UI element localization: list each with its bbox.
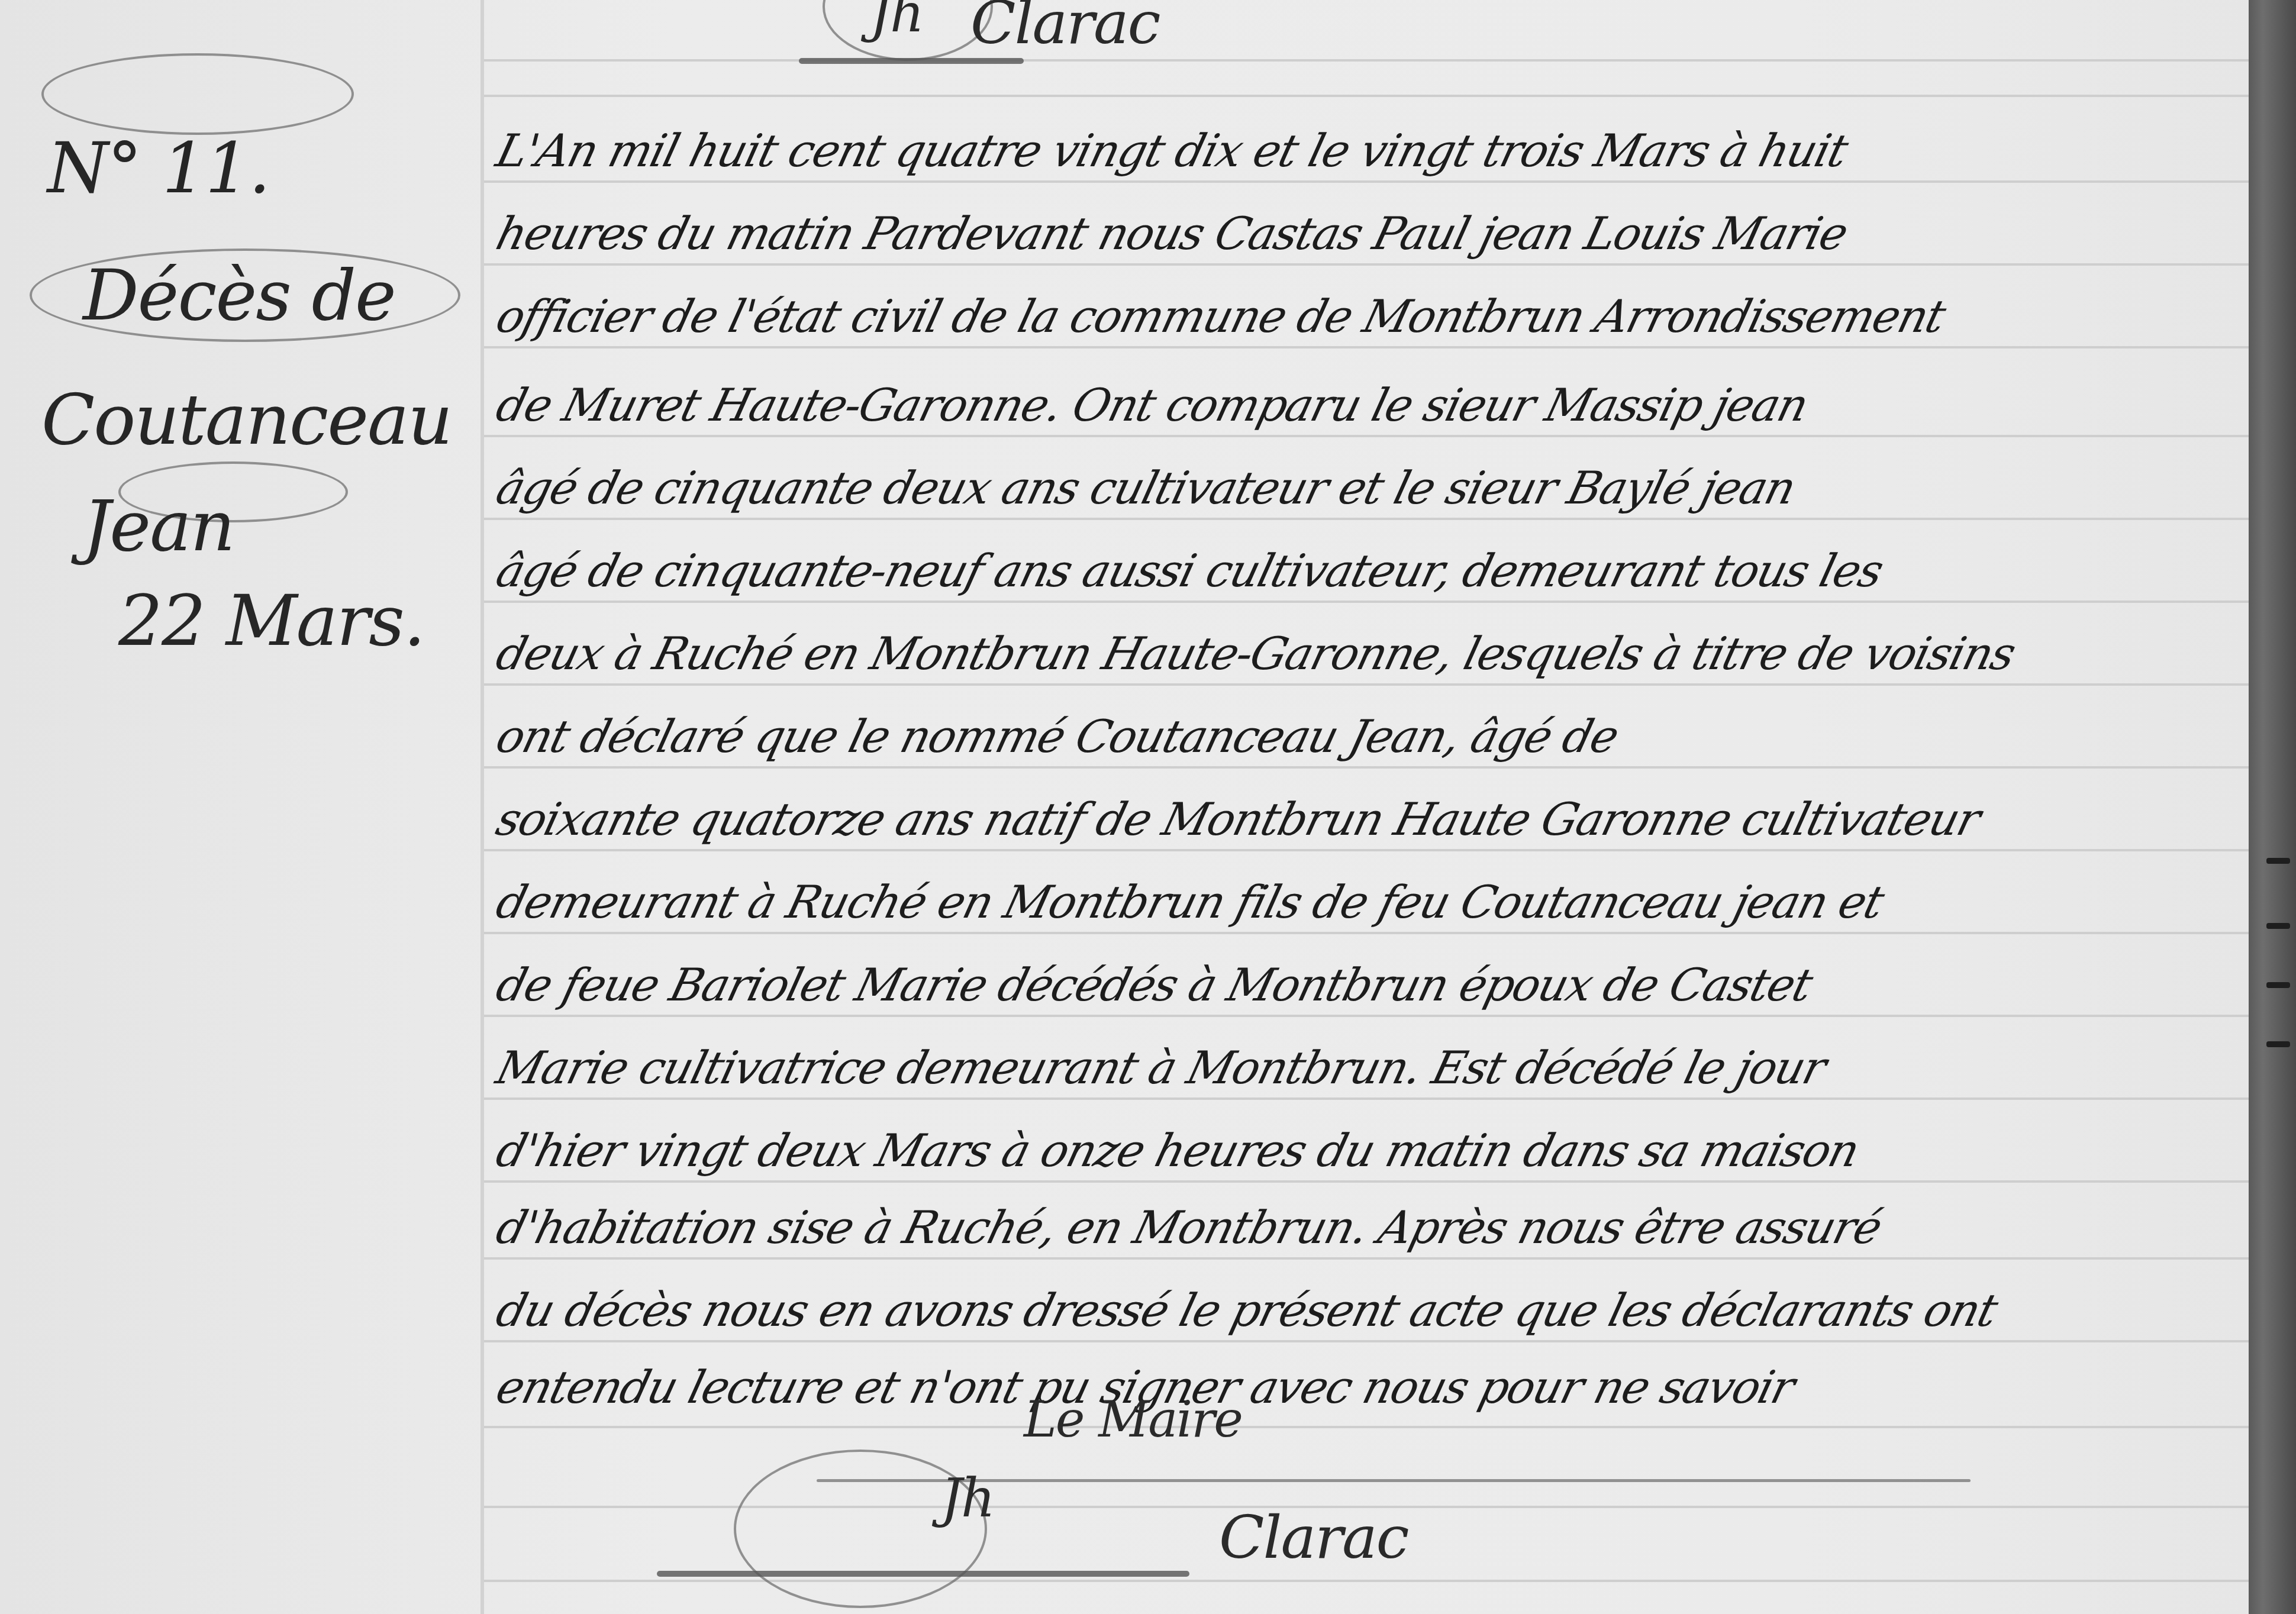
margin-rule [481,0,484,1614]
body-line: de Muret Haute-Garonne. Ont comparu le s… [491,379,1813,431]
body-line: d'hier vingt deux Mars à onze heures du … [491,1124,1864,1177]
body-line: de feue Bariolet Marie décédés à Montbru… [491,958,1817,1011]
book-binding-edge [2249,0,2296,1614]
record-number: N° 11. [47,127,269,209]
body-line: demeurant à Ruché en Montbrun fils de fe… [491,876,1889,928]
mayor-signature-initials: Jh [941,1467,994,1529]
ruled-line [482,1015,2249,1017]
ruled-line [482,1426,2249,1428]
ruled-line [482,1340,2249,1342]
binding-ink-mark [2266,923,2290,929]
deceased-given-name: Jean [83,485,234,567]
ruled-line [482,1580,2249,1582]
mayor-title: Le Maire [1024,1390,1242,1448]
binding-ink-mark [2266,1041,2290,1047]
record-type-label: Décès de [83,254,395,336]
header-signature: Clarac [970,0,1160,57]
ruled-line [482,932,2249,934]
body-line: âgé de cinquante-neuf ans aussi cultivat… [491,544,1888,597]
ruled-line [482,95,2249,97]
header-signature-initials: Jh [870,0,923,44]
ruled-line [482,435,2249,437]
body-line: deux à Ruché en Montbrun Haute-Garonne, … [491,627,2020,680]
ruled-line [482,1097,2249,1100]
register-page: Jh Clarac N° 11. Décès de Coutanceau Jea… [0,0,2249,1614]
margin-flourish [41,53,354,135]
body-line: du décès nous en avons dressé le présent… [491,1284,2002,1337]
body-line: soixante quatorze ans natif de Montbrun … [491,793,1985,845]
ruled-line [482,346,2249,348]
body-line: Marie cultivatrice demeurant à Montbrun.… [491,1041,1831,1094]
ruled-line [482,180,2249,183]
body-line: heures du matin Pardevant nous Castas Pa… [491,207,1853,260]
death-date: 22 Mars. [118,580,424,661]
ruled-line [482,849,2249,851]
ruled-line [482,601,2249,603]
body-line: L'An mil huit cent quatre vingt dix et l… [491,124,1852,177]
ruled-line [482,1180,2249,1183]
ruled-line [482,59,2249,62]
mayor-signature-underline [657,1571,1189,1577]
ruled-line [482,263,2249,266]
ruled-line [482,683,2249,686]
body-line: officier de l'état civil de la commune d… [491,290,1950,343]
header-signature-underline [799,58,1024,64]
ruled-line [482,766,2249,769]
body-line: âgé de cinquante deux ans cultivateur et… [491,461,1800,514]
mayor-signature: Clarac [1219,1503,1408,1572]
binding-ink-mark [2266,858,2290,864]
ruled-line [482,1257,2249,1260]
deceased-surname: Coutanceau [41,379,452,460]
body-line: d'habitation sise à Ruché, en Montbrun. … [491,1201,1887,1254]
body-line: ont déclaré que le nommé Coutanceau Jean… [491,710,1623,763]
ruled-line [482,518,2249,520]
binding-ink-mark [2266,982,2290,988]
